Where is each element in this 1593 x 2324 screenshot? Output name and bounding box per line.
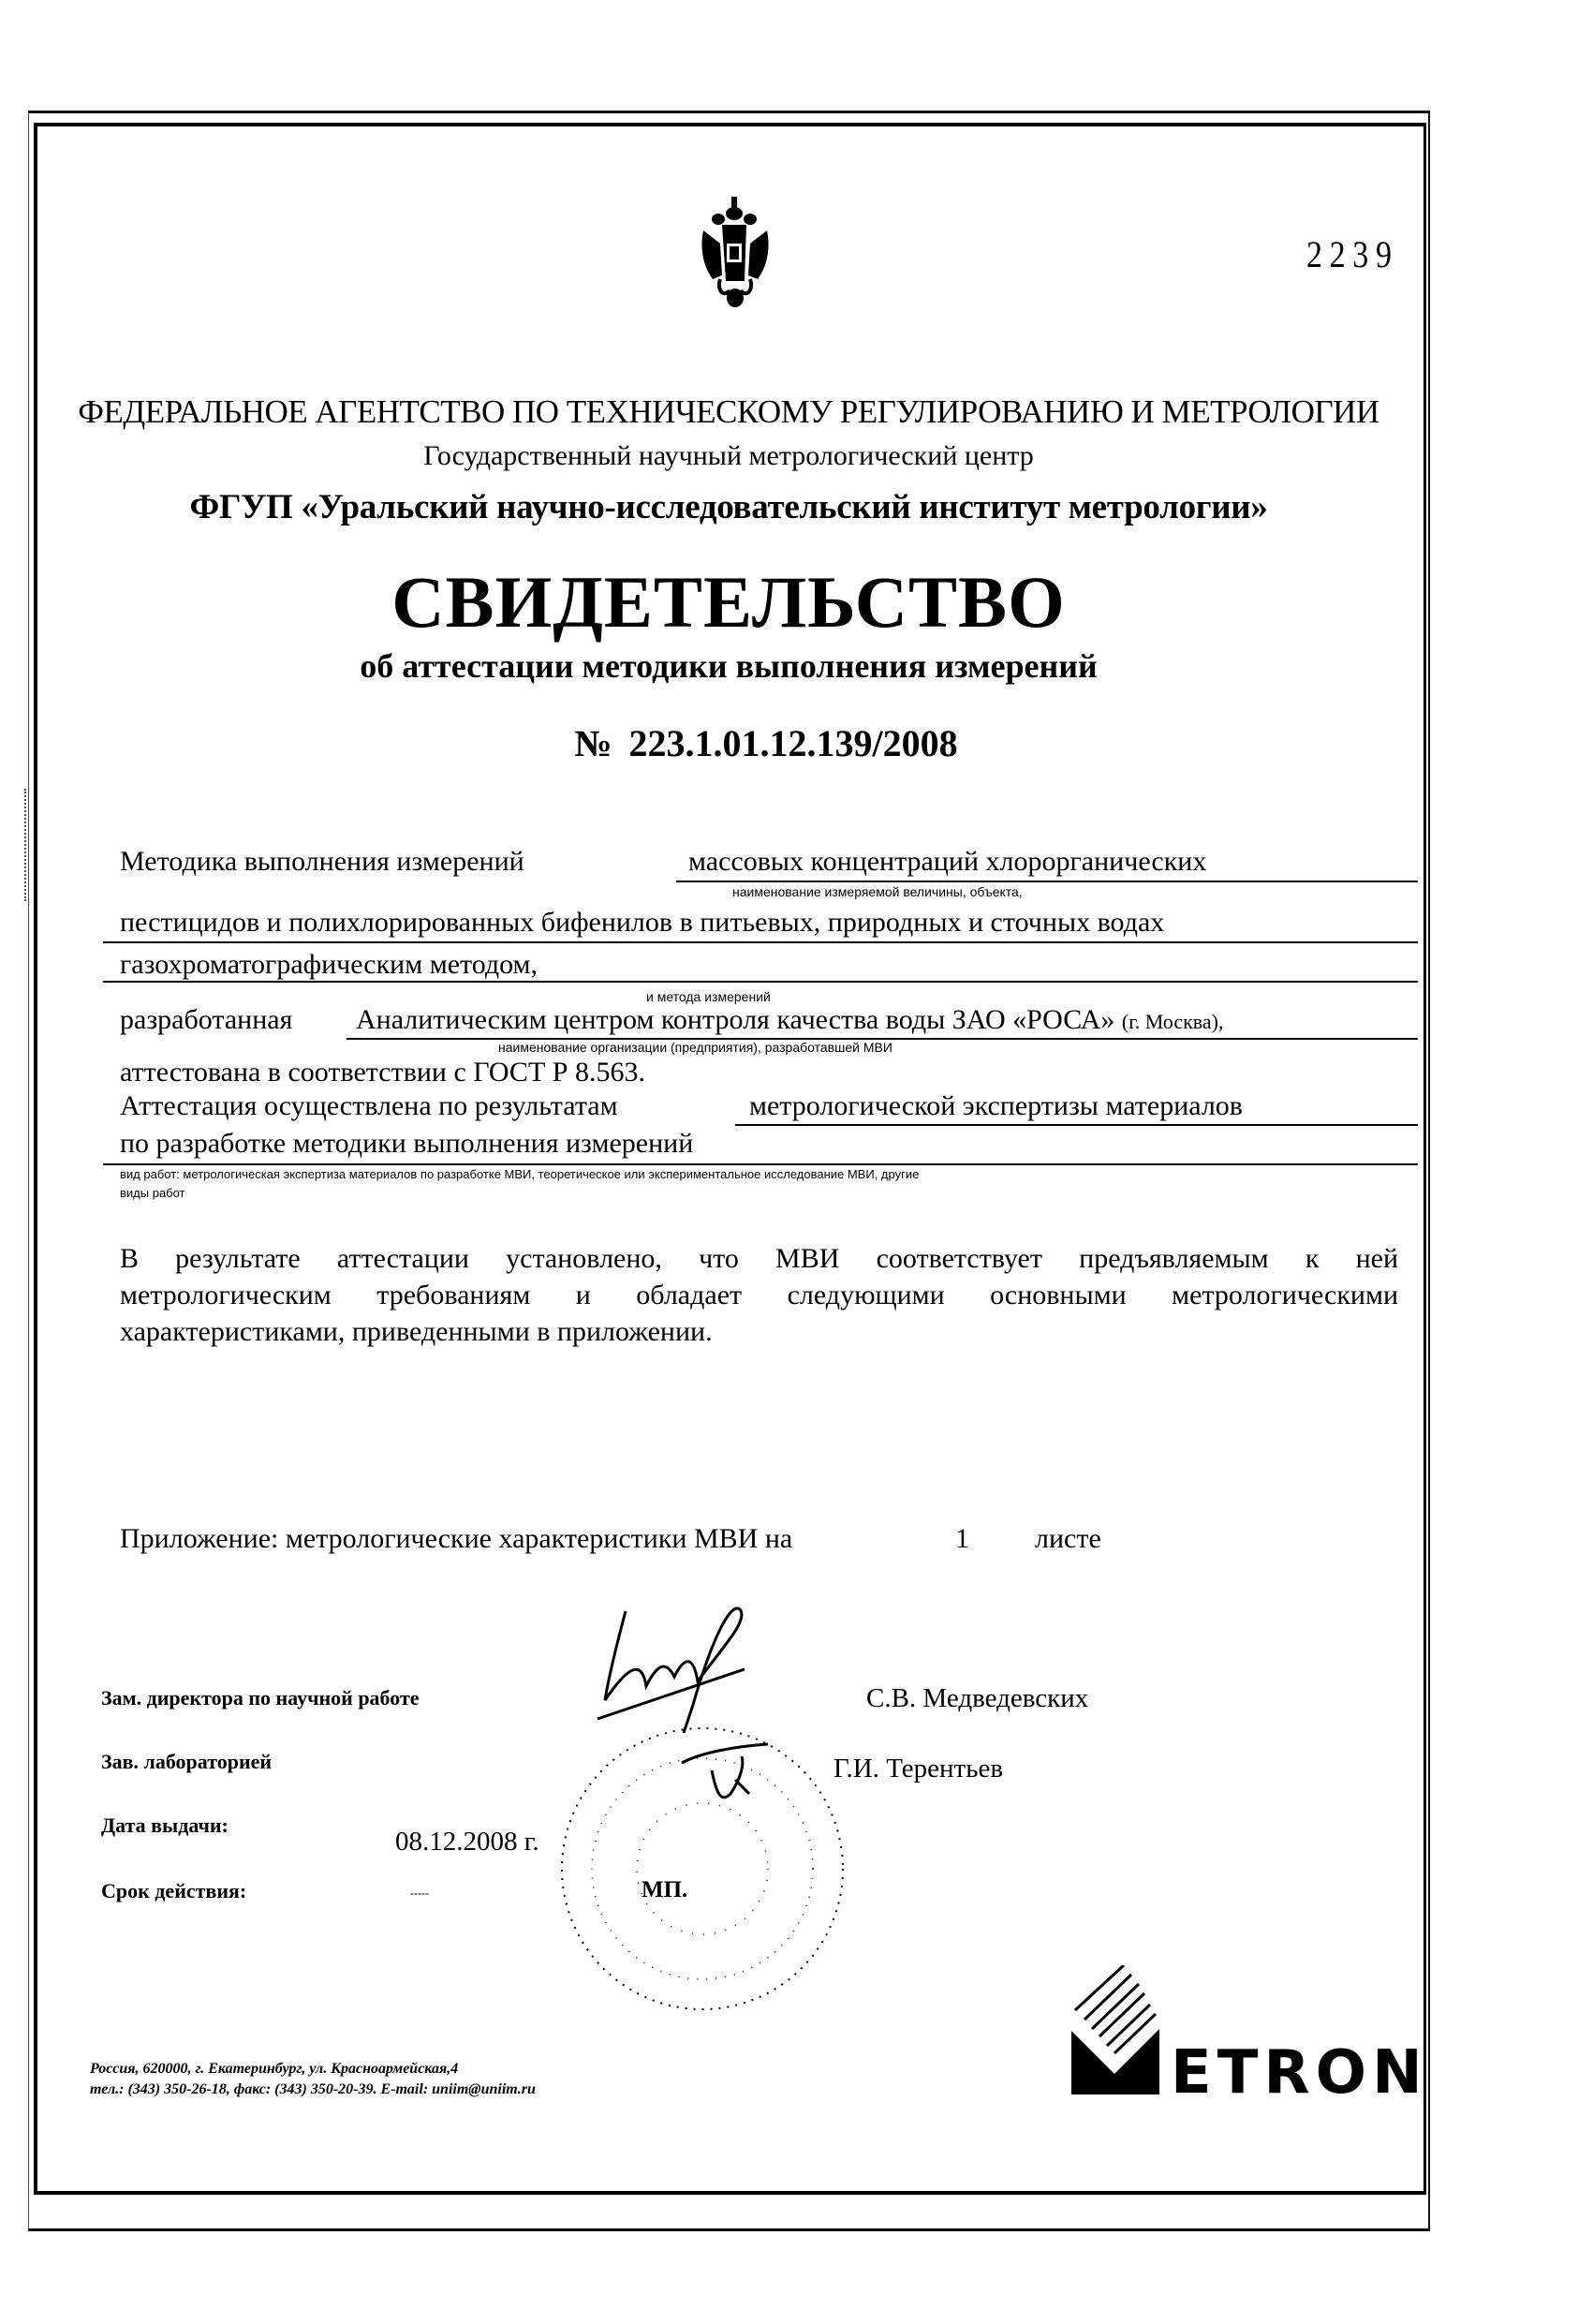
- agency-name: ФЕДЕРАЛЬНОЕ АГЕНТСТВО ПО ТЕХНИЧЕСКОМУ РЕ…: [36, 393, 1422, 431]
- certificate-number: №223.1.01.12.139/2008: [36, 721, 1459, 765]
- appendix-suffix: листе: [1035, 1523, 1101, 1555]
- issue-date-label: Дата выдачи:: [101, 1813, 229, 1838]
- scan-artifact: [24, 789, 28, 901]
- registration-number: 2239: [1306, 232, 1399, 276]
- appendix-label: Приложение: метрологические характеристи…: [120, 1523, 792, 1555]
- metron-logo-icon: [1068, 1965, 1171, 2098]
- footer-contacts: тел.: (343) 350-26-18, факс: (343) 350-2…: [90, 2080, 536, 2100]
- developer-value: Аналитическим центром контроля качества …: [356, 1004, 1223, 1036]
- method-caption1: наименование измеряемой величины, объект…: [732, 884, 1023, 899]
- developer-name: Аналитическим центром контроля качества …: [356, 1004, 1114, 1035]
- developer-caption: наименование организации (предприятия), …: [498, 1040, 892, 1055]
- attested-text: аттестована в соответствии с ГОСТ Р 8.56…: [120, 1057, 645, 1088]
- footer-address: Россия, 620000, г. Екатеринбург, ул. Кра…: [90, 2059, 458, 2080]
- attestation-caption-line1: вид работ: метрологическая экспертиза ма…: [120, 1167, 919, 1181]
- institute-name: ФГУП «Уральский научно-исследовательский…: [36, 487, 1422, 527]
- deputy-director-name: С.В. Медведевских: [866, 1683, 1088, 1714]
- lab-head-label: Зав. лабораторией: [101, 1750, 272, 1774]
- method-value-line1: массовых концентраций хлорорганических: [688, 846, 1206, 878]
- validity-value: -----: [410, 1887, 429, 1901]
- conclusion-line2: метрологическим требованиям и обладает с…: [120, 1277, 1398, 1313]
- russian-coat-of-arms-icon: [698, 197, 773, 309]
- method-value-line3: газохроматографическим методом,: [120, 949, 538, 981]
- center-name: Государственный научный метрологический …: [36, 440, 1422, 472]
- underline: [735, 1124, 1418, 1126]
- attestation-label: Аттестация осуществлена по результатам: [120, 1090, 618, 1122]
- method-caption2: и метода измерений: [646, 989, 771, 1004]
- developer-city: (г. Москва),: [1122, 1010, 1224, 1033]
- underline: [103, 941, 1418, 943]
- issue-date-value: 08.12.2008 г.: [395, 1827, 539, 1858]
- developer-label: разработанная: [120, 1004, 292, 1036]
- attestation-value-line2: по разработке методики выполнения измере…: [120, 1128, 693, 1160]
- number-value: 223.1.01.12.139/2008: [629, 722, 958, 764]
- attestation-value-line1: метрологической экспертизы материалов: [749, 1090, 1243, 1122]
- appendix-sheets: 1: [955, 1523, 969, 1555]
- underline: [103, 1163, 1418, 1165]
- underline: [103, 981, 1418, 983]
- metron-logo-text: ETRON: [1171, 2038, 1428, 2108]
- official-stamp: [553, 1719, 852, 2019]
- conclusion-line3: характеристиками, приведенными в приложе…: [120, 1313, 1398, 1350]
- page-subtitle: об аттестации методики выполнения измере…: [36, 646, 1422, 686]
- validity-label: Срок действия:: [101, 1879, 246, 1903]
- conclusion-line1: В результате аттестации установлено, что…: [120, 1240, 1398, 1277]
- method-value-line2: пестицидов и полихлорированных бифенилов…: [120, 907, 1164, 939]
- lab-head-name: Г.И. Терентьев: [833, 1754, 1003, 1784]
- number-sign: №: [574, 722, 612, 764]
- page-title: СВИДЕТЕЛЬСТВО: [36, 560, 1422, 644]
- underline: [676, 881, 1418, 882]
- deputy-director-label: Зам. директора по научной работе: [101, 1686, 420, 1710]
- method-label: Методика выполнения измерений: [120, 846, 524, 878]
- attestation-caption-line2: виды работ: [120, 1186, 185, 1200]
